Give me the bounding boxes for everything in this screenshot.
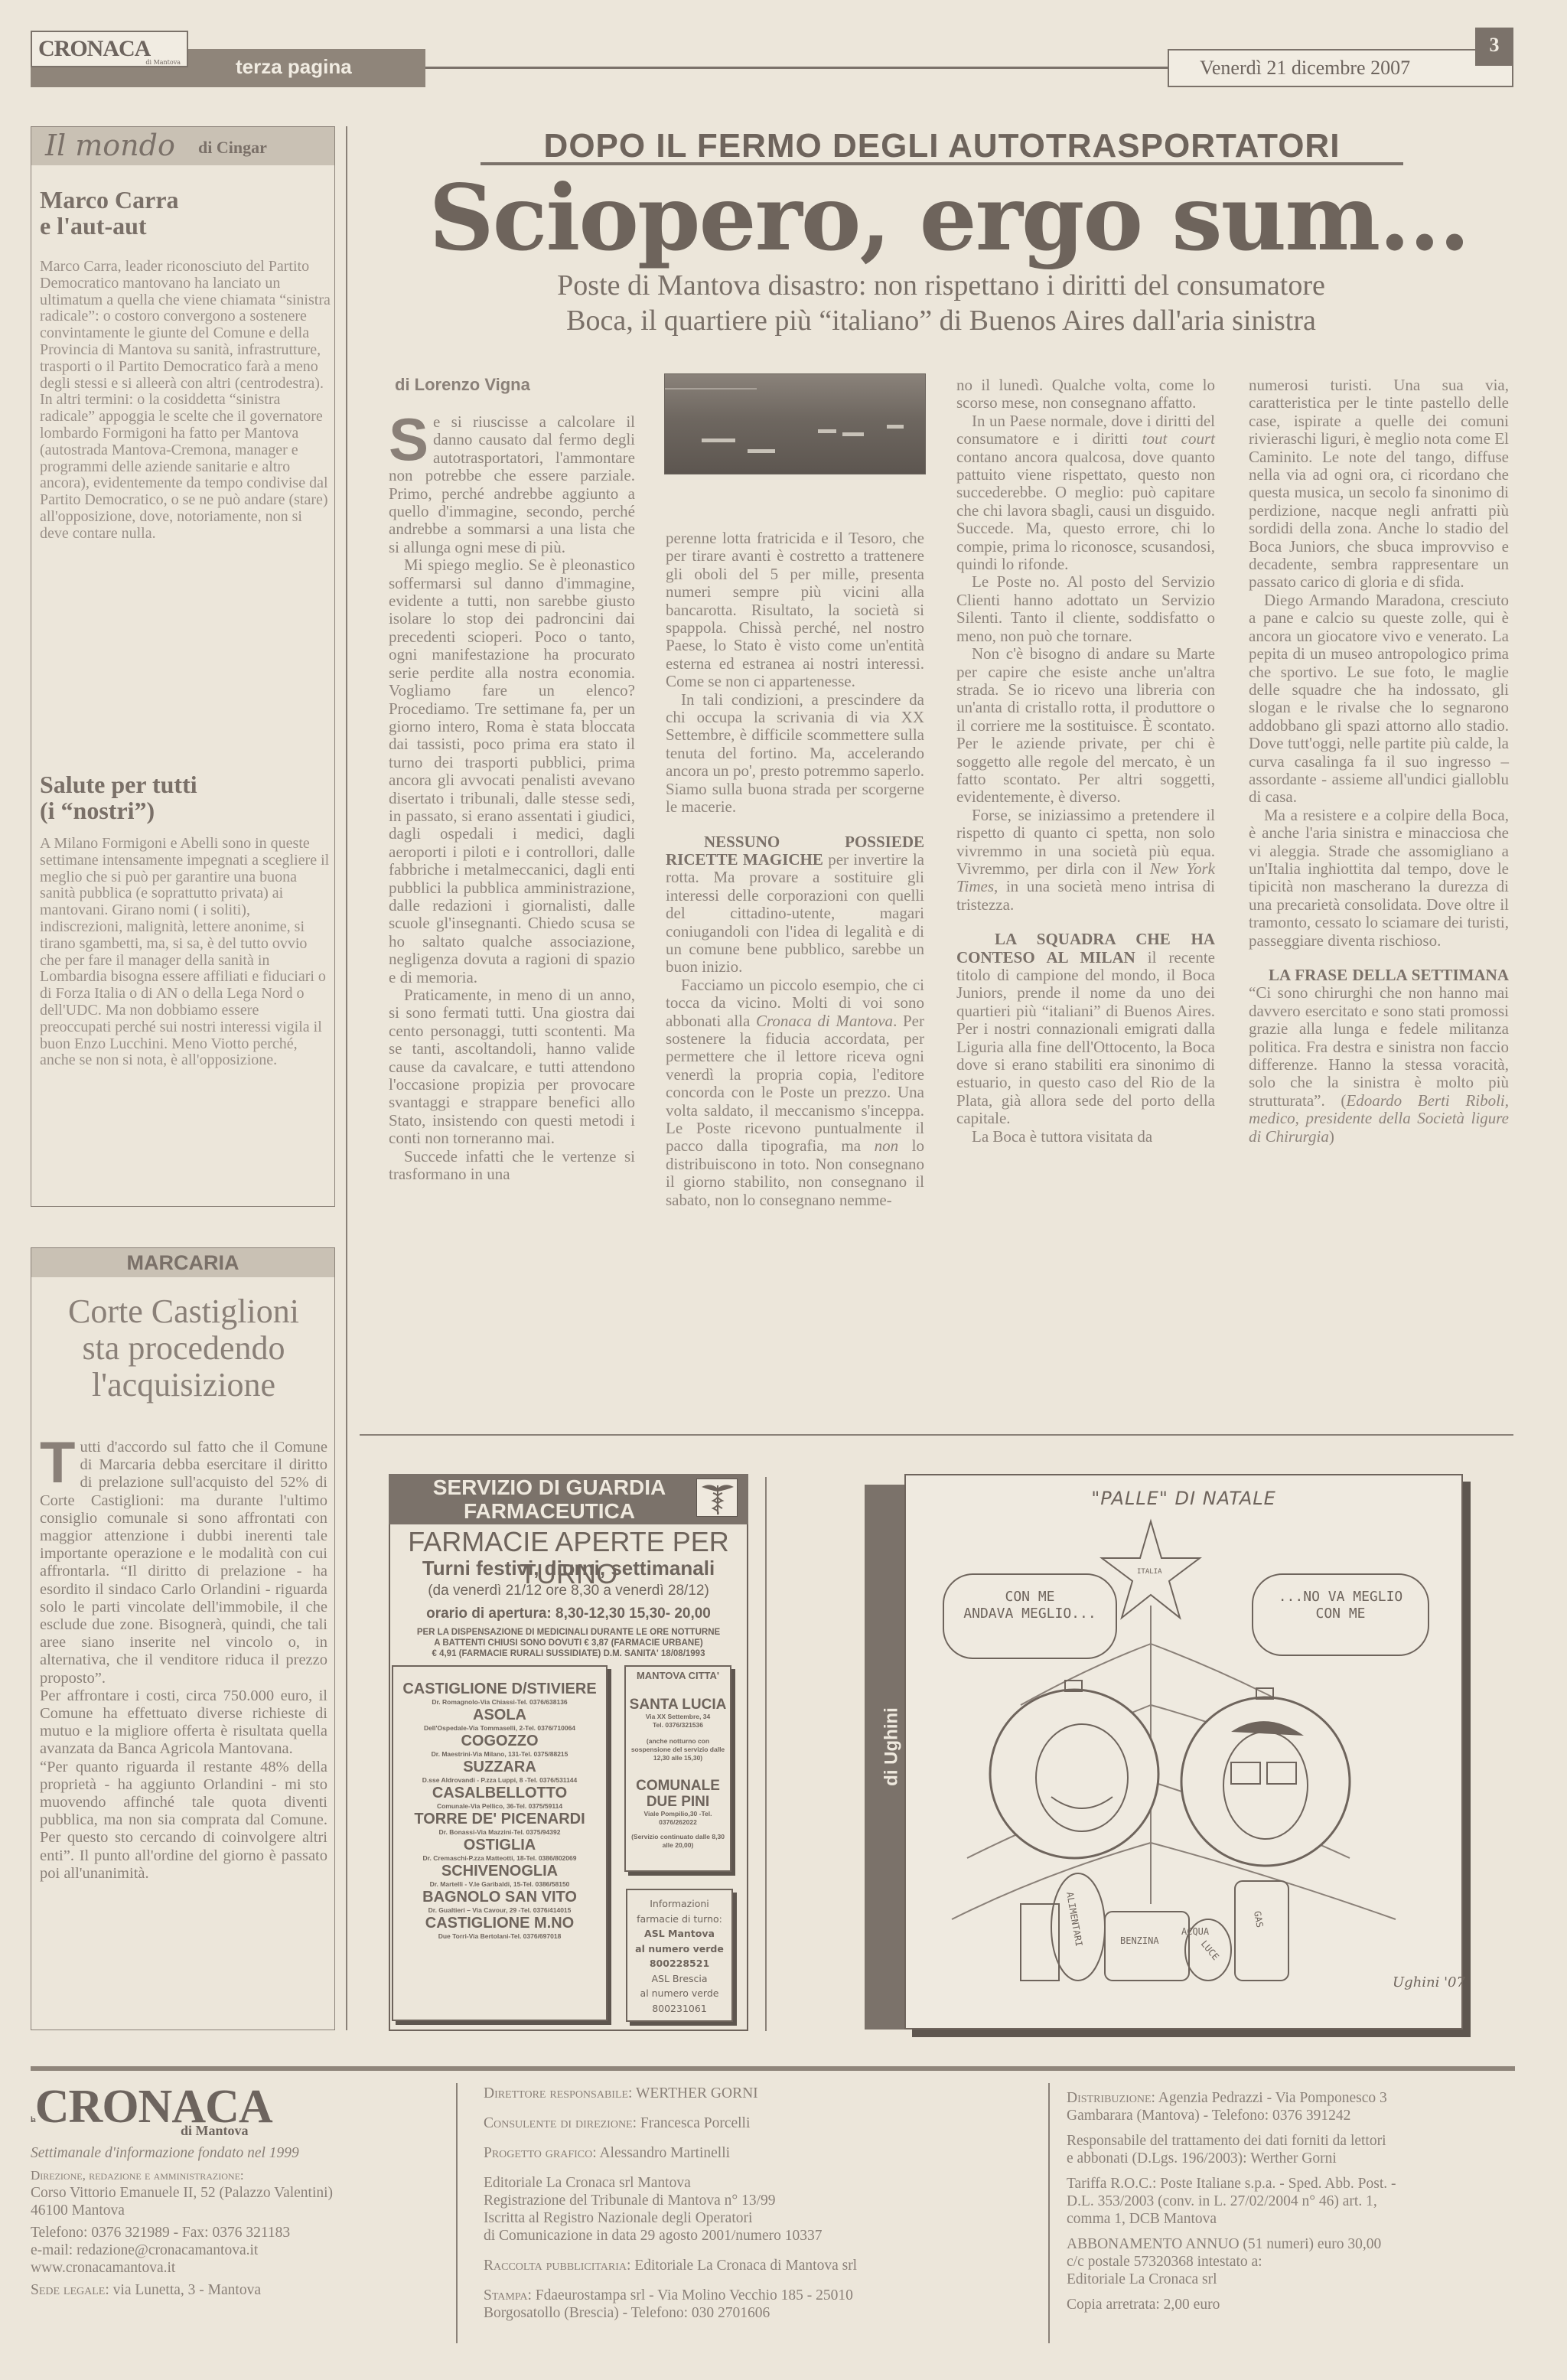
article-column-1: Se si riuscisse a calcolare il danno cau… [389, 413, 635, 1183]
speech-bubble-right: ...NO VA MEGLIO CON ME [1252, 1573, 1429, 1656]
list-item: SUZZARAD.sse Aldrovandi - P.zza Luppi, 8… [392, 1759, 608, 1785]
section-divider [360, 1434, 1513, 1436]
list-item: SCHIVENOGLIADr. Martelli - V.le Garibald… [392, 1863, 608, 1889]
svg-text:LUCE: LUCE [1199, 1938, 1221, 1962]
cartoon-title: "PALLE" DI NATALE [904, 1488, 1463, 1509]
article-column-4: numerosi turisti. Una sua via, caratteri… [1249, 377, 1509, 1146]
pharmacy-hours: orario di apertura: 8,30-12,30 15,30- 20… [389, 1606, 748, 1622]
sidebar-item-body: Marco Carra, leader riconosciuto del Par… [40, 259, 331, 543]
drop-cap: T [40, 1439, 75, 1488]
svg-text:ALIMENTARI: ALIMENTARI [1064, 1891, 1084, 1948]
sidebar-item-title: Marco Carra e l'aut-aut [40, 187, 327, 239]
article-deck: Poste di Mantova disastro: non rispettan… [360, 268, 1523, 338]
sidebar-item-body: A Milano Formigoni e Abelli sono in ques… [40, 836, 331, 1069]
footer-logo-sub: di Mantova [181, 2123, 249, 2139]
footer-rule [31, 2066, 1515, 2071]
list-item: CASTIGLIONE M.NODue Torri-Via Bertolani-… [392, 1915, 608, 1941]
list-item: CASALBELLOTTOComunale-Via Pellico, 36-Te… [392, 1785, 608, 1811]
column-divider [765, 1477, 767, 2031]
svg-text:ITALIA: ITALIA [1137, 1568, 1162, 1576]
marcaria-headline: Corte Castiglioni sta procedendo l'acqui… [40, 1293, 327, 1404]
article-column-2: perenne lotta fratricida e il Tesoro, ch… [666, 530, 924, 1209]
christmas-tree-illustration: BENZINA GAS ALIMENTARI ACQUA LUCE ITALIA [906, 1475, 1464, 2031]
pharmacy-period: (da venerdì 21/12 ore 8,30 a venerdì 28/… [389, 1583, 748, 1599]
article-column-3: no il lunedì. Qualche volta, come lo sco… [956, 377, 1215, 1146]
svg-text:GAS: GAS [1252, 1910, 1266, 1928]
svg-text:ACQUA: ACQUA [1181, 1926, 1210, 1937]
list-item: COGOZZODr. Maestrini-Via Milano, 131-Tel… [392, 1733, 608, 1759]
masthead-rule [425, 67, 1168, 69]
truck-blockade-photo[interactable] [664, 373, 926, 474]
masthead-band [31, 67, 188, 87]
cartoon[interactable]: BENZINA GAS ALIMENTARI ACQUA LUCE ITALIA [904, 1474, 1463, 2030]
page-number: 3 [1475, 28, 1513, 66]
marcaria-section-label: MARCARIA [31, 1248, 334, 1277]
cartoonist-signature: Ughini '07 [1393, 1974, 1465, 1990]
list-item: ASOLADell'Ospedale-Via Tommaselli, 2-Tel… [392, 1707, 608, 1733]
asl-brescia-phone[interactable]: 800231061 [627, 2001, 731, 2016]
speech-bubble-left: CON ME ANDAVA MEGLIO... [943, 1573, 1117, 1659]
pharmacy-subtitle: Turni festivi, diurni, settimanali [389, 1557, 748, 1580]
column-divider [346, 126, 347, 2030]
mantova-city-pharmacies: MANTOVA CITTA' SANTA LUCIA Via XX Settem… [624, 1665, 731, 1872]
article-kicker: DOPO IL FERMO DEGLI AUTOTRASPORTATORI [479, 127, 1405, 165]
footer-divider [456, 2083, 458, 2343]
footer-divider [1048, 2083, 1050, 2343]
svg-text:BENZINA: BENZINA [1120, 1935, 1159, 1946]
footer-distribution-info: Distribuzione: Agenzia Pedrazzi - Via Po… [1067, 2089, 1526, 2313]
list-item: TORRE DE' PICENARDIDr. Bonassi-Via Mazzi… [392, 1811, 608, 1837]
pharmacy-list: CASTIGLIONE D/STIVIEREDr. Romagnolo-Via … [392, 1681, 608, 1941]
website-link[interactable]: www.cronacamantova.it [31, 2259, 451, 2277]
section-label: terza pagina [188, 49, 425, 87]
byline: di Lorenzo Vigna [395, 375, 624, 395]
issue-date: Venerdì 21 dicembre 2007 [1168, 49, 1513, 87]
email-link[interactable]: e-mail: redazione@cronacamantova.it [31, 2241, 451, 2259]
list-item: OSTIGLIADr. Cremaschi-P.zza Matteotti, 1… [392, 1837, 608, 1863]
pharmacy-night-fee-note: PER LA DISPENSAZIONE DI MEDICINALI DURAN… [389, 1627, 748, 1659]
sidebar-item-title: Salute per tutti (i “nostri”) [40, 771, 327, 823]
list-item: BAGNOLO SAN VITODr. Gualtieri – Via Cavo… [392, 1889, 608, 1915]
list-item: CASTIGLIONE D/STIVIEREDr. Romagnolo-Via … [392, 1681, 608, 1707]
footer-staff-info: Direttore responsabile: WERTHER GORNI Co… [484, 2085, 1034, 2322]
footer-publisher-info: Settimanale d'informazione fondato nel 1… [31, 2144, 451, 2299]
marcaria-article-body: T utti d'accordo sul fatto che il Comune… [40, 1439, 327, 1883]
column-header: Il mondo di Cingar [31, 127, 334, 165]
drop-cap: S [389, 413, 428, 465]
vignetta-band: LA VIGNETTA di Ughini [865, 1485, 904, 2030]
masthead-logo[interactable]: CRONACA di Mantova [31, 31, 188, 67]
asl-mantova-phone[interactable]: 800228521 [650, 1958, 709, 1969]
caduceus-icon [696, 1479, 738, 1517]
pharmacy-info-box: Informazioni farmacie di turno: ASL Mant… [626, 1889, 733, 2022]
pharmacy-ad-header: SERVIZIO DI GUARDIA FARMACEUTICA [389, 1474, 748, 1524]
article-headline: Sciopero, ergo sum... [367, 168, 1530, 268]
